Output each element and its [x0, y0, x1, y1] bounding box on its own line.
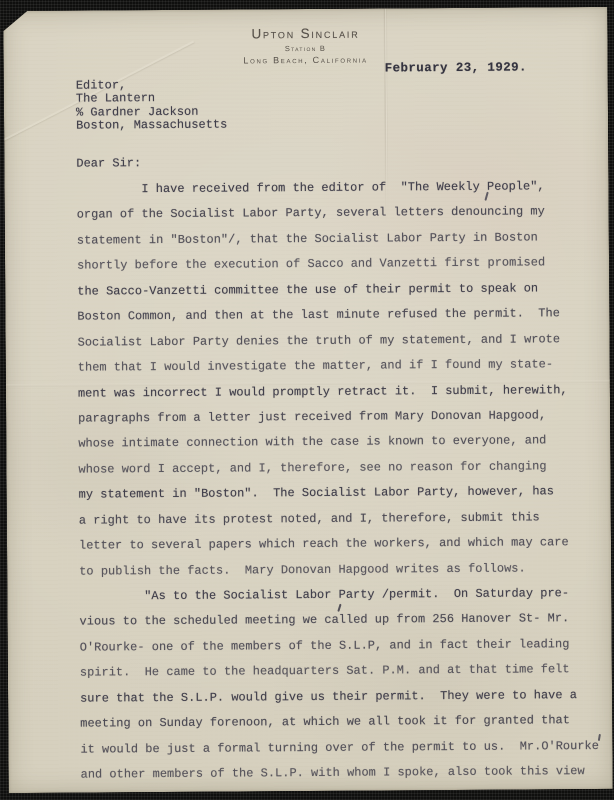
typed-line: Boston Common, and then at the last minu… — [77, 301, 567, 330]
typed-line: the Sacco-Vanzetti committee the use of … — [77, 276, 567, 305]
paragraph-2: "As to the Socialist Labor Party /permit… — [79, 581, 599, 788]
typed-line: I have received from the editor of "The … — [76, 174, 566, 203]
typed-line: shortly before the execution of Sacco an… — [77, 251, 567, 280]
typed-line: paragraphs from a letter just received f… — [78, 403, 568, 432]
typed-line: spirit. He came to the headquarters Sat.… — [80, 657, 599, 686]
letter-paper: Upton Sinclair Station B Long Beach, Cal… — [3, 7, 612, 793]
typed-line: it would be just a formal turning over o… — [80, 734, 599, 763]
typed-line: Socialist Labor Party denies the truth o… — [78, 327, 568, 356]
typed-line: O'Rourke- one of the members of the S.L.… — [80, 632, 599, 661]
recipient-line: The Lantern — [76, 92, 227, 106]
recipient-block: Editor,The Lantern% Gardner JacksonBosto… — [76, 79, 228, 133]
recipient-line: Boston, Massachusetts — [76, 118, 227, 132]
typed-line: a right to have its protest noted, and I… — [79, 505, 569, 534]
typed-line: sure that the S.L.P. would give us their… — [80, 683, 599, 712]
typed-line: letter to several papers which reach the… — [79, 530, 569, 559]
typed-line: meeting on Sunday forenoon, at which we … — [80, 708, 599, 737]
typed-line: whose intimate connection with the case … — [78, 429, 568, 458]
typed-line: whose word I accept, and I, therefore, s… — [78, 454, 568, 483]
typed-line: statement in "Boston"/, that the Sociali… — [77, 225, 567, 254]
photo-background: { "document": { "letterhead": { "name": … — [0, 0, 614, 800]
typed-line: to publish the facts. Mary Donovan Hapgo… — [79, 556, 569, 585]
letterhead-name: Upton Sinclair — [3, 24, 607, 43]
paragraph-1: I have received from the editor of "The … — [76, 174, 569, 584]
typed-line: and other members of the S.L.P. with who… — [81, 759, 600, 788]
typed-line: my statement in "Boston". The Socialist … — [79, 479, 569, 508]
date-line: February 23, 1929. — [385, 60, 527, 75]
pen-mark-orourke — [598, 734, 601, 741]
salutation: Dear Sir: — [76, 156, 141, 170]
typed-line: organ of the Socialist Labor Party, seve… — [77, 200, 567, 229]
typed-line: ment was incorrect I would promptly retr… — [78, 378, 568, 407]
typed-line: them that I would investigate the matter… — [78, 352, 568, 381]
